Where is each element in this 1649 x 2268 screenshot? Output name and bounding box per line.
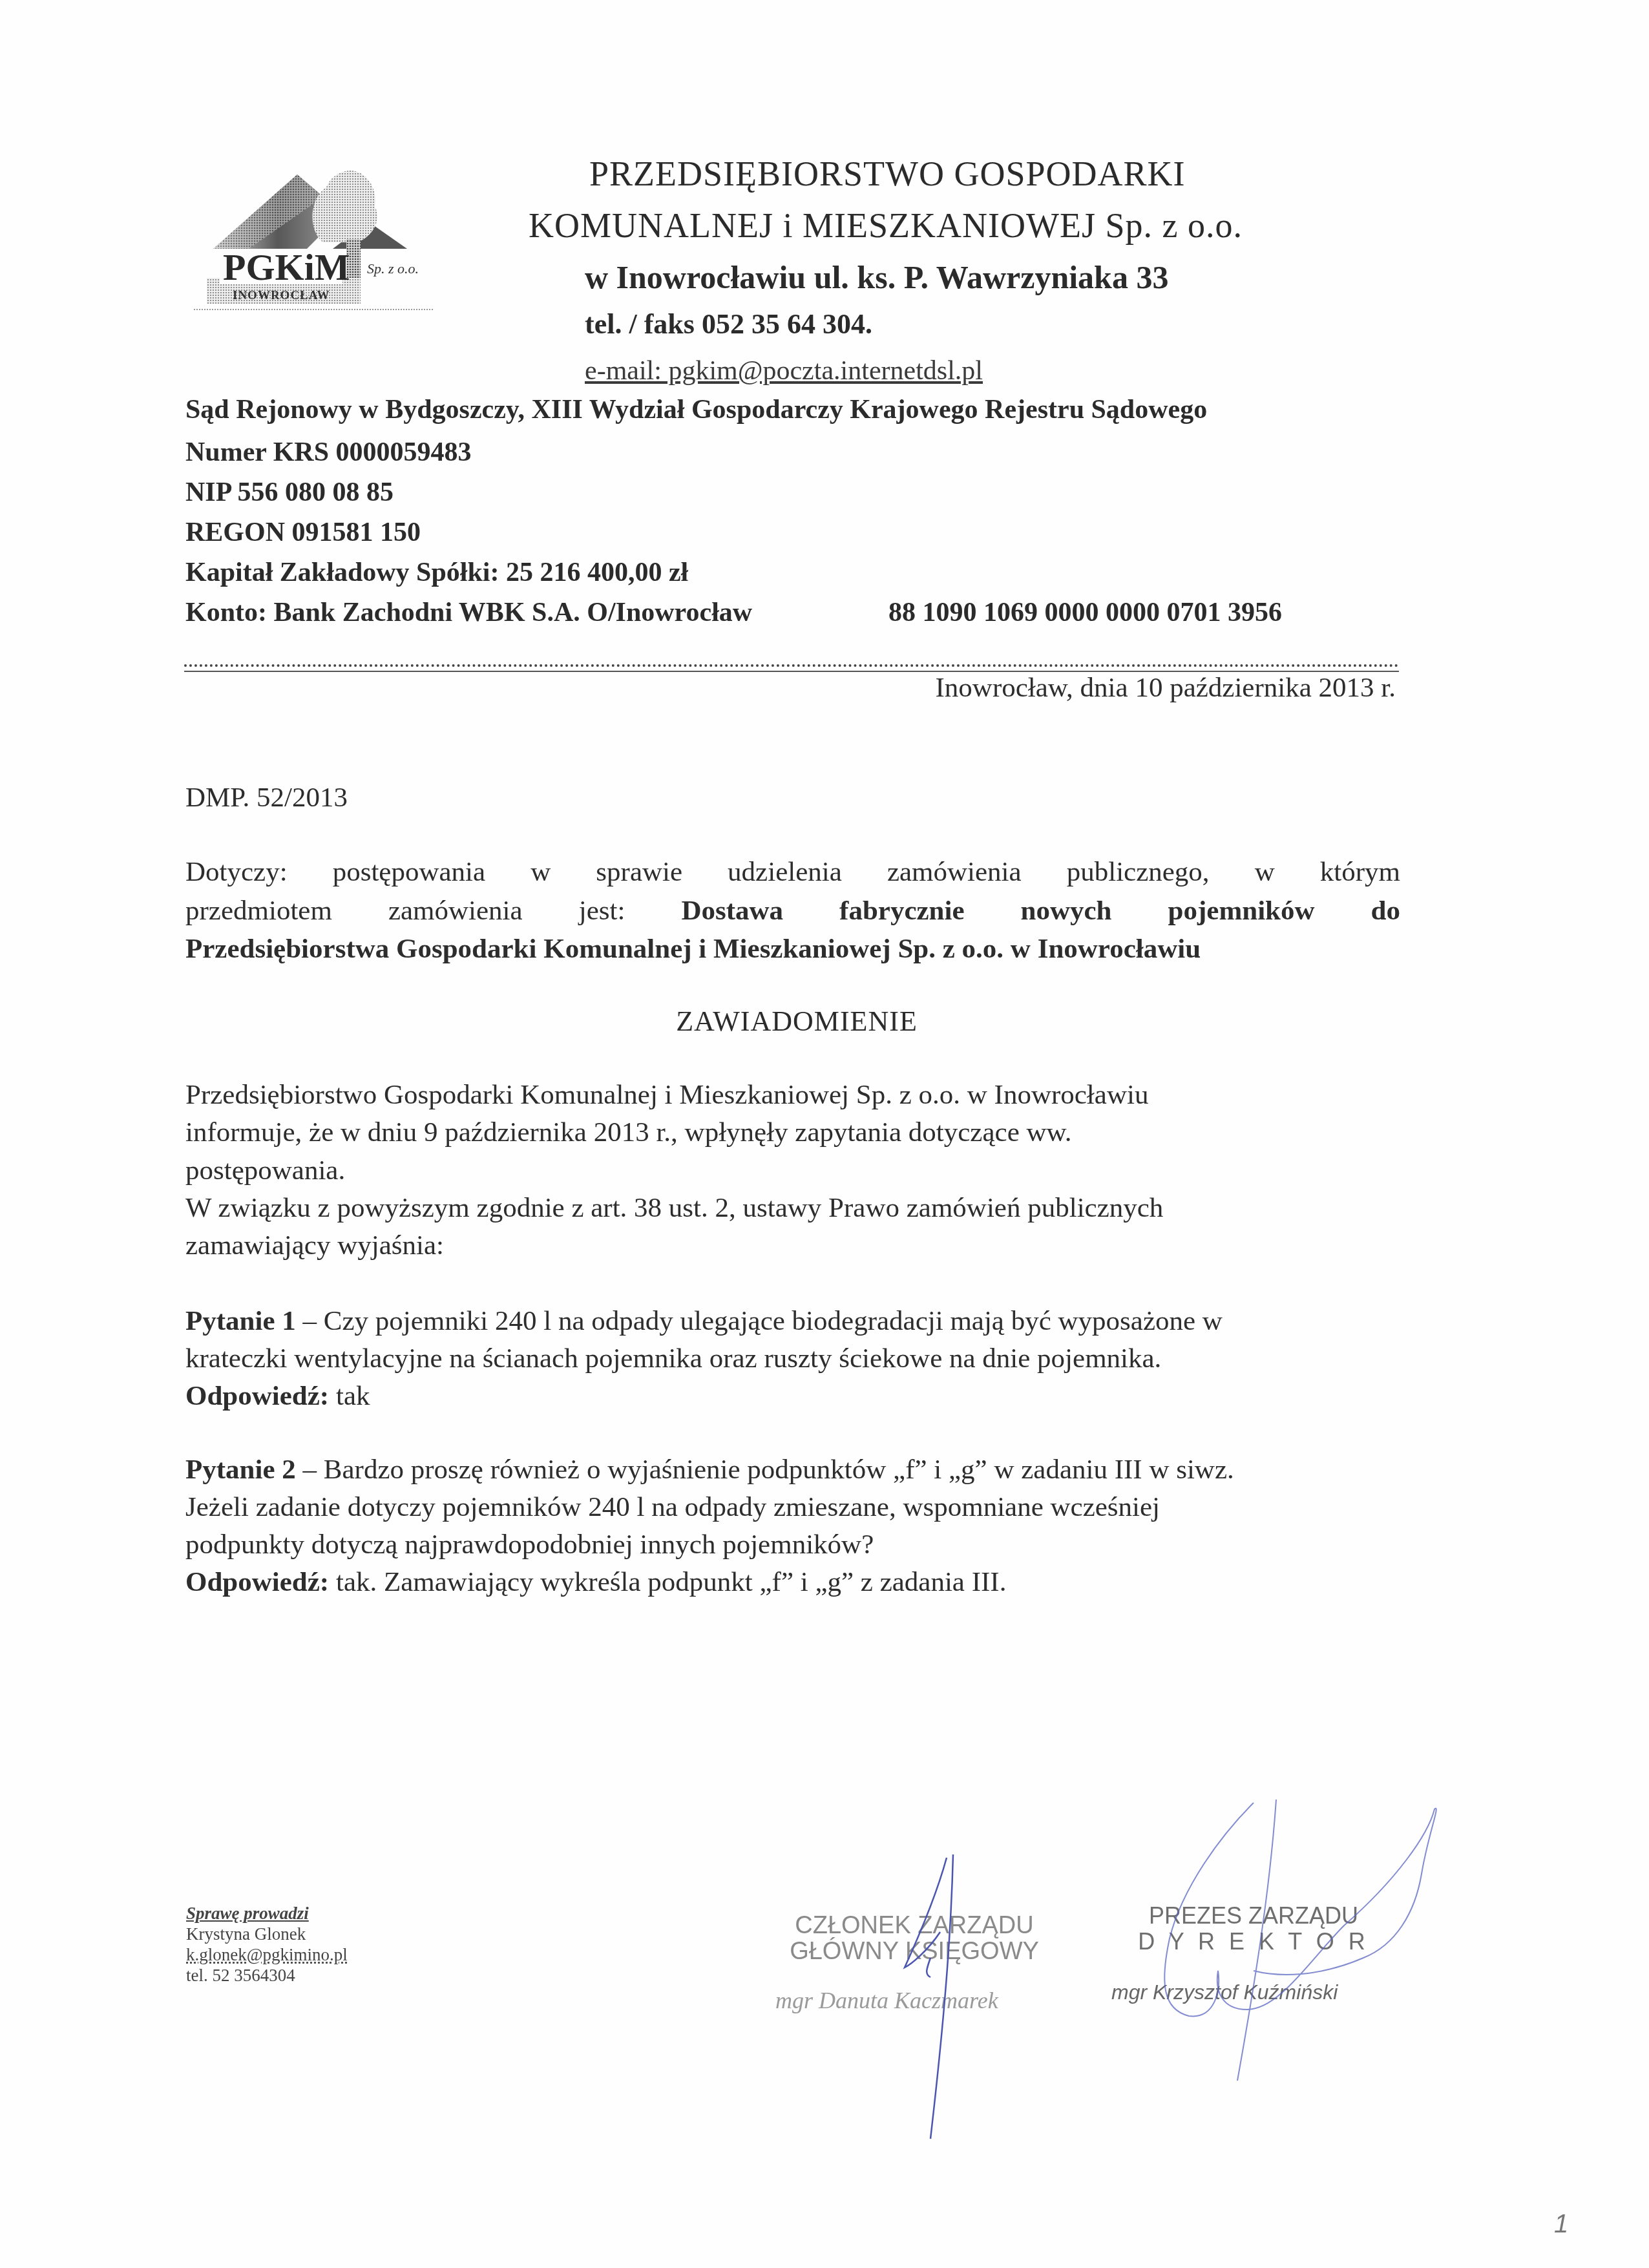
answer-label: Odpowiedź: [185, 1567, 329, 1597]
svg-text:INOWROCŁAW: INOWROCŁAW [233, 289, 330, 302]
intro-line: Przedsiębiorstwo Gospodarki Komunalnej i… [185, 1079, 1148, 1111]
case-handler-email-link[interactable]: k.glonek@pgkimino.pl [186, 1944, 348, 1965]
svg-text:PGKiM: PGKiM [223, 246, 350, 288]
answer-text: tak [329, 1381, 370, 1411]
roof-and-tree-logo-icon: PGKiM Sp. z o.o. INOWROCŁAW [194, 152, 452, 320]
answer-2: Odpowiedź: tak. Zamawiający wykreśla pod… [185, 1566, 1006, 1598]
registry-account-bank: Konto: Bank Zachodni WBK S.A. O/Inowrocł… [185, 597, 752, 628]
question-label: Pytanie 1 [185, 1306, 296, 1336]
answer-text: tak. Zamawiający wykreśla podpunkt „f” i… [329, 1567, 1006, 1597]
handwritten-signature-icon [1124, 1796, 1460, 2087]
subject-line-3: Przedsiębiorstwa Gospodarki Komunalnej i… [185, 933, 1201, 965]
registry-nip: NIP 556 080 08 85 [185, 477, 394, 508]
intro-line: informuje, że w dniu 9 października 2013… [185, 1117, 1072, 1148]
question-2-line-2: Jeżeli zadanie dotyczy pojemników 240 l … [185, 1491, 1160, 1523]
registry-krs: Numer KRS 0000059483 [185, 437, 472, 468]
document-page: PGKiM Sp. z o.o. INOWROCŁAW PRZEDSIĘBIOR… [0, 0, 1649, 2268]
case-handler-phone: tel. 52 3564304 [186, 1965, 348, 1986]
registry-capital: Kapitał Zakładowy Spółki: 25 216 400,00 … [185, 557, 688, 588]
svg-text:Sp. z o.o.: Sp. z o.o. [367, 260, 419, 277]
document-title: ZAWIADOMIENIE [0, 1005, 1593, 1038]
company-logo: PGKiM Sp. z o.o. INOWROCŁAW [194, 152, 452, 320]
subject-line-1: Dotyczy: postępowania w sprawie udzielen… [185, 856, 1400, 888]
registry-court: Sąd Rejonowy w Bydgoszczy, XIII Wydział … [185, 394, 1207, 425]
question-text: – Czy pojemniki 240 l na odpady ulegając… [296, 1306, 1223, 1336]
page-number: 1 [1554, 2210, 1568, 2239]
subject-line-2: przedmiotem zamówienia jest: Dostawa fab… [185, 895, 1400, 927]
registry-regon: REGON 091581 150 [185, 517, 421, 548]
company-address: w Inowrocławiu ul. ks. P. Wawrzyniaka 33 [585, 258, 1168, 296]
subject-prefix: przedmiotem zamówienia jest: [185, 896, 625, 926]
company-name-line1: PRZEDSIĘBIORSTWO GOSPODARKI [589, 154, 1186, 194]
reference-number: DMP. 52/2013 [185, 782, 348, 814]
question-label: Pytanie 2 [185, 1454, 296, 1485]
logo-divider [194, 309, 433, 310]
intro-line: zamawiający wyjaśnia: [185, 1230, 444, 1261]
intro-line: postępowania. [185, 1155, 345, 1186]
question-text: – Bardzo proszę również o wyjaśnienie po… [296, 1454, 1234, 1485]
answer-1: Odpowiedź: tak [185, 1380, 370, 1412]
question-2-line-3: podpunkty dotyczą najprawdopodobniej inn… [185, 1529, 874, 1560]
question-1-line-1: Pytanie 1 – Czy pojemniki 240 l na odpad… [185, 1305, 1223, 1337]
subject-bold-part: Dostawa fabrycznie nowych pojemników do [681, 896, 1400, 926]
case-handler-name: Krystyna Glonek [186, 1924, 348, 1944]
place-and-date: Inowrocław, dnia 10 października 2013 r. [936, 672, 1396, 704]
company-email-link[interactable]: e-mail: pgkim@poczta.internetdsl.pl [585, 355, 983, 386]
case-handler-label: Sprawę prowadzi [186, 1903, 348, 1924]
intro-line: W związku z powyższym zgodnie z art. 38 … [185, 1192, 1163, 1224]
registry-account-number: 88 1090 1069 0000 0000 0701 3956 [888, 597, 1282, 628]
question-2-line-1: Pytanie 2 – Bardzo proszę również o wyja… [185, 1454, 1234, 1486]
answer-label: Odpowiedź: [185, 1381, 329, 1411]
company-name-line2: KOMUNALNEJ i MIESZKANIOWEJ Sp. z o.o. [529, 205, 1243, 246]
handwritten-signature-icon [892, 1854, 969, 2145]
case-handler-block: Sprawę prowadzi Krystyna Glonek k.glonek… [186, 1903, 348, 1986]
company-phone-fax: tel. / faks 052 35 64 304. [585, 308, 872, 341]
question-1-line-2: krateczki wentylacyjne na ścianach pojem… [185, 1343, 1161, 1374]
letterhead-dotted-divider [184, 664, 1399, 667]
